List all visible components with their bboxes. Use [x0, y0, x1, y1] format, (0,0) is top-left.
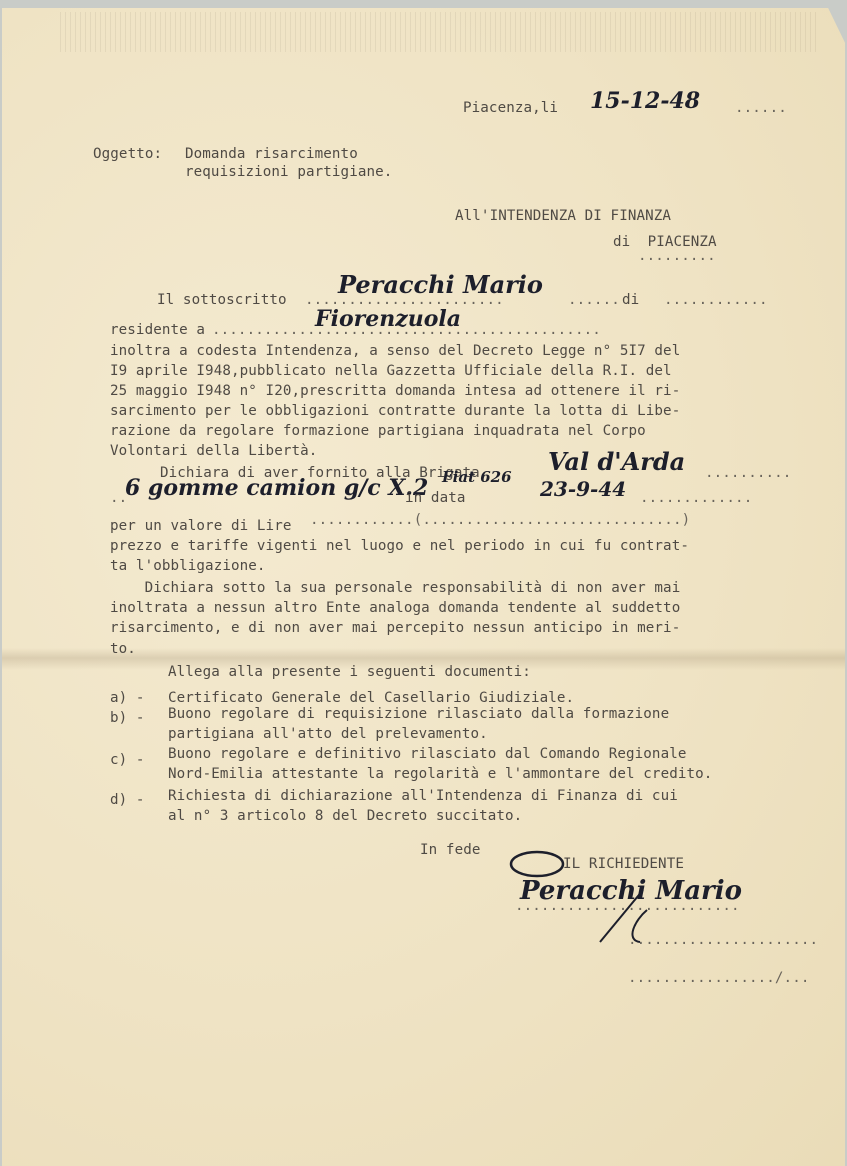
attachment-item: Buono regolare di requisizione rilasciat…	[168, 706, 669, 722]
handwritten-name: Peracchi Mario	[338, 270, 543, 299]
subject-line-2: requisizioni partigiane.	[185, 164, 392, 180]
body-line: sarcimento per le obbligazioni contratte…	[110, 403, 680, 419]
attachment-item: Richiesta di dichiarazione all'Intendenz…	[168, 788, 678, 804]
declaration-line: to.	[110, 641, 136, 657]
body-line: I9 aprile I948,pubblicato nella Gazzetta…	[110, 363, 672, 379]
handwritten-supplied: 6 gomme camion g/c X.2	[125, 475, 428, 501]
subject-label: Oggetto:	[93, 146, 162, 162]
handwritten-brigata: Val d'Arda	[548, 447, 685, 476]
signature-dots: ..........................	[515, 898, 740, 914]
attachment-marker: b) -	[110, 710, 145, 726]
declaration-line: Dichiara sotto la sua personale responsa…	[110, 580, 680, 596]
attachments-intro: Allega alla presente i seguenti document…	[168, 664, 531, 680]
date-label: in data	[405, 490, 466, 506]
body-line: ta l'obbligazione.	[110, 558, 266, 574]
in-fede: In fede	[420, 842, 481, 858]
signature-line-2: ......................	[628, 932, 818, 948]
handwritten-vehicle-note: Fiat 626	[442, 468, 512, 486]
attachment-item: al n° 3 articolo 8 del Decreto succitato…	[168, 808, 522, 824]
value-label: per un valore di Lire	[110, 518, 291, 534]
declaration-line: risarcimento, e di non aver mai percepit…	[110, 620, 680, 636]
place-label: Piacenza,li	[463, 100, 558, 116]
recipient-line-1: All'INTENDENZA DI FINANZA	[455, 208, 671, 224]
applicant-label: IL RICHIEDENTE	[563, 856, 684, 872]
attachment-item: Nord-Emilia attestante la regolarità e l…	[168, 766, 712, 782]
body-line: Volontari della Libertà.	[110, 443, 317, 459]
body-line: razione da regolare formazione partigian…	[110, 423, 646, 439]
date-dots: ......	[735, 100, 787, 116]
value-dots: ............(...........................…	[310, 512, 690, 528]
subject-line-1: Domanda risarcimento	[185, 146, 358, 162]
attachment-marker: a) -	[110, 690, 145, 706]
residence-label: residente a	[110, 322, 205, 338]
attachment-item: Buono regolare e definitivo rilasciato d…	[168, 746, 687, 762]
attachment-marker: d) -	[110, 792, 145, 808]
declaration-line: inoltrata a nessun altro Ente analoga do…	[110, 600, 680, 616]
recipient-dots: .........	[638, 248, 716, 264]
body-line: inoltra a codesta Intendenza, a senso de…	[110, 343, 680, 359]
of-label: di	[622, 292, 639, 308]
attachment-item: partigiana all'atto del prelevamento.	[168, 726, 488, 742]
body-line: 25 maggio I948 n° I20,prescritta domanda…	[110, 383, 680, 399]
handwritten-supply-date: 23-9-44	[540, 477, 626, 501]
handwritten-date: 15-12-48	[590, 88, 700, 114]
body-line: prezzo e tariffe vigenti nel luogo e nel…	[110, 538, 689, 554]
attachment-marker: c) -	[110, 752, 145, 768]
undersigned-label: Il sottoscritto	[157, 292, 287, 308]
signature-line-3: ................./...	[628, 970, 809, 986]
attachment-item: Certificato Generale del Casellario Giud…	[168, 690, 574, 706]
handwritten-residence: Fiorenzuola	[315, 306, 461, 332]
paper-stain	[60, 12, 820, 52]
